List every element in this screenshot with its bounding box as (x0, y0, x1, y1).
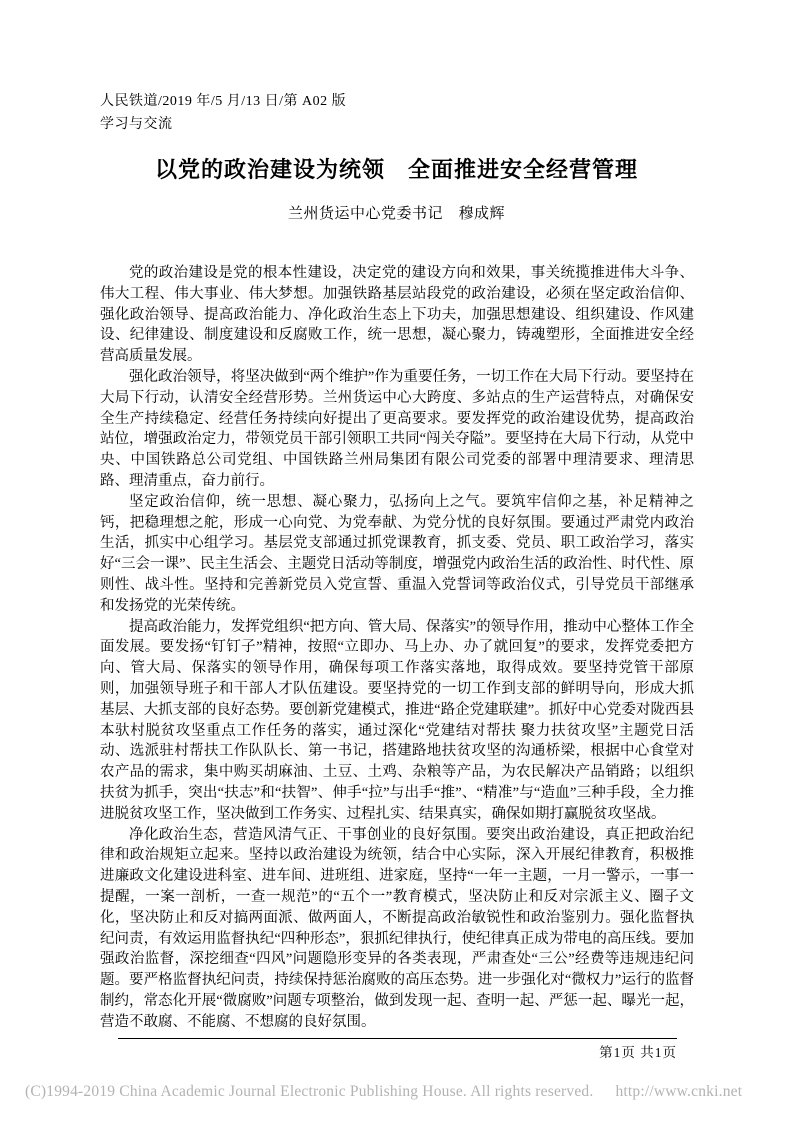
column-name: 学习与交流 (100, 113, 346, 136)
article-byline: 兰州货运中心党委书记 穆成辉 (0, 202, 793, 223)
article-body: 党的政治建设是党的根本性建设，决定党的建设方向和效果，事关统揽推进伟大斗争、伟大… (100, 263, 694, 1032)
paragraph-1: 党的政治建设是党的根本性建设，决定党的建设方向和效果，事关统揽推进伟大斗争、伟大… (100, 263, 694, 367)
paragraph-3: 坚定政治信仰，统一思想、凝心聚力，弘扬向上之气。要筑牢信仰之基，补足精神之钙，把… (100, 492, 694, 617)
paragraph-4: 提高政治能力，发挥党组织“把方向、管大局、保落实”的领导作用，推动中心整体工作全… (100, 617, 694, 825)
copyright-url: http://www.cnki.net (615, 1083, 742, 1100)
page-indicator: 第1页 共1页 (118, 1041, 677, 1061)
source-line: 人民铁道/2019 年/5 月/13 日/第 A02 版 (100, 90, 346, 113)
article-title: 以党的政治建设为统领 全面推进安全经营管理 (0, 153, 793, 184)
source-info: 人民铁道/2019 年/5 月/13 日/第 A02 版 学习与交流 (100, 90, 346, 136)
footer-divider (118, 1038, 677, 1039)
copyright-text: (C)1994-2019 China Academic Journal Elec… (25, 1083, 593, 1100)
document-page: 人民铁道/2019 年/5 月/13 日/第 A02 版 学习与交流 以党的政治… (0, 0, 793, 1122)
copyright-notice: (C)1994-2019 China Academic Journal Elec… (25, 1083, 742, 1101)
paragraph-2: 强化政治领导，将坚决做到“两个维护”作为重要任务，一切工作在大局下行动。要坚持在… (100, 367, 694, 492)
paragraph-5: 净化政治生态，营造风清气正、干事创业的良好氛围。要突出政治建设，真正把政治纪律和… (100, 825, 694, 1033)
